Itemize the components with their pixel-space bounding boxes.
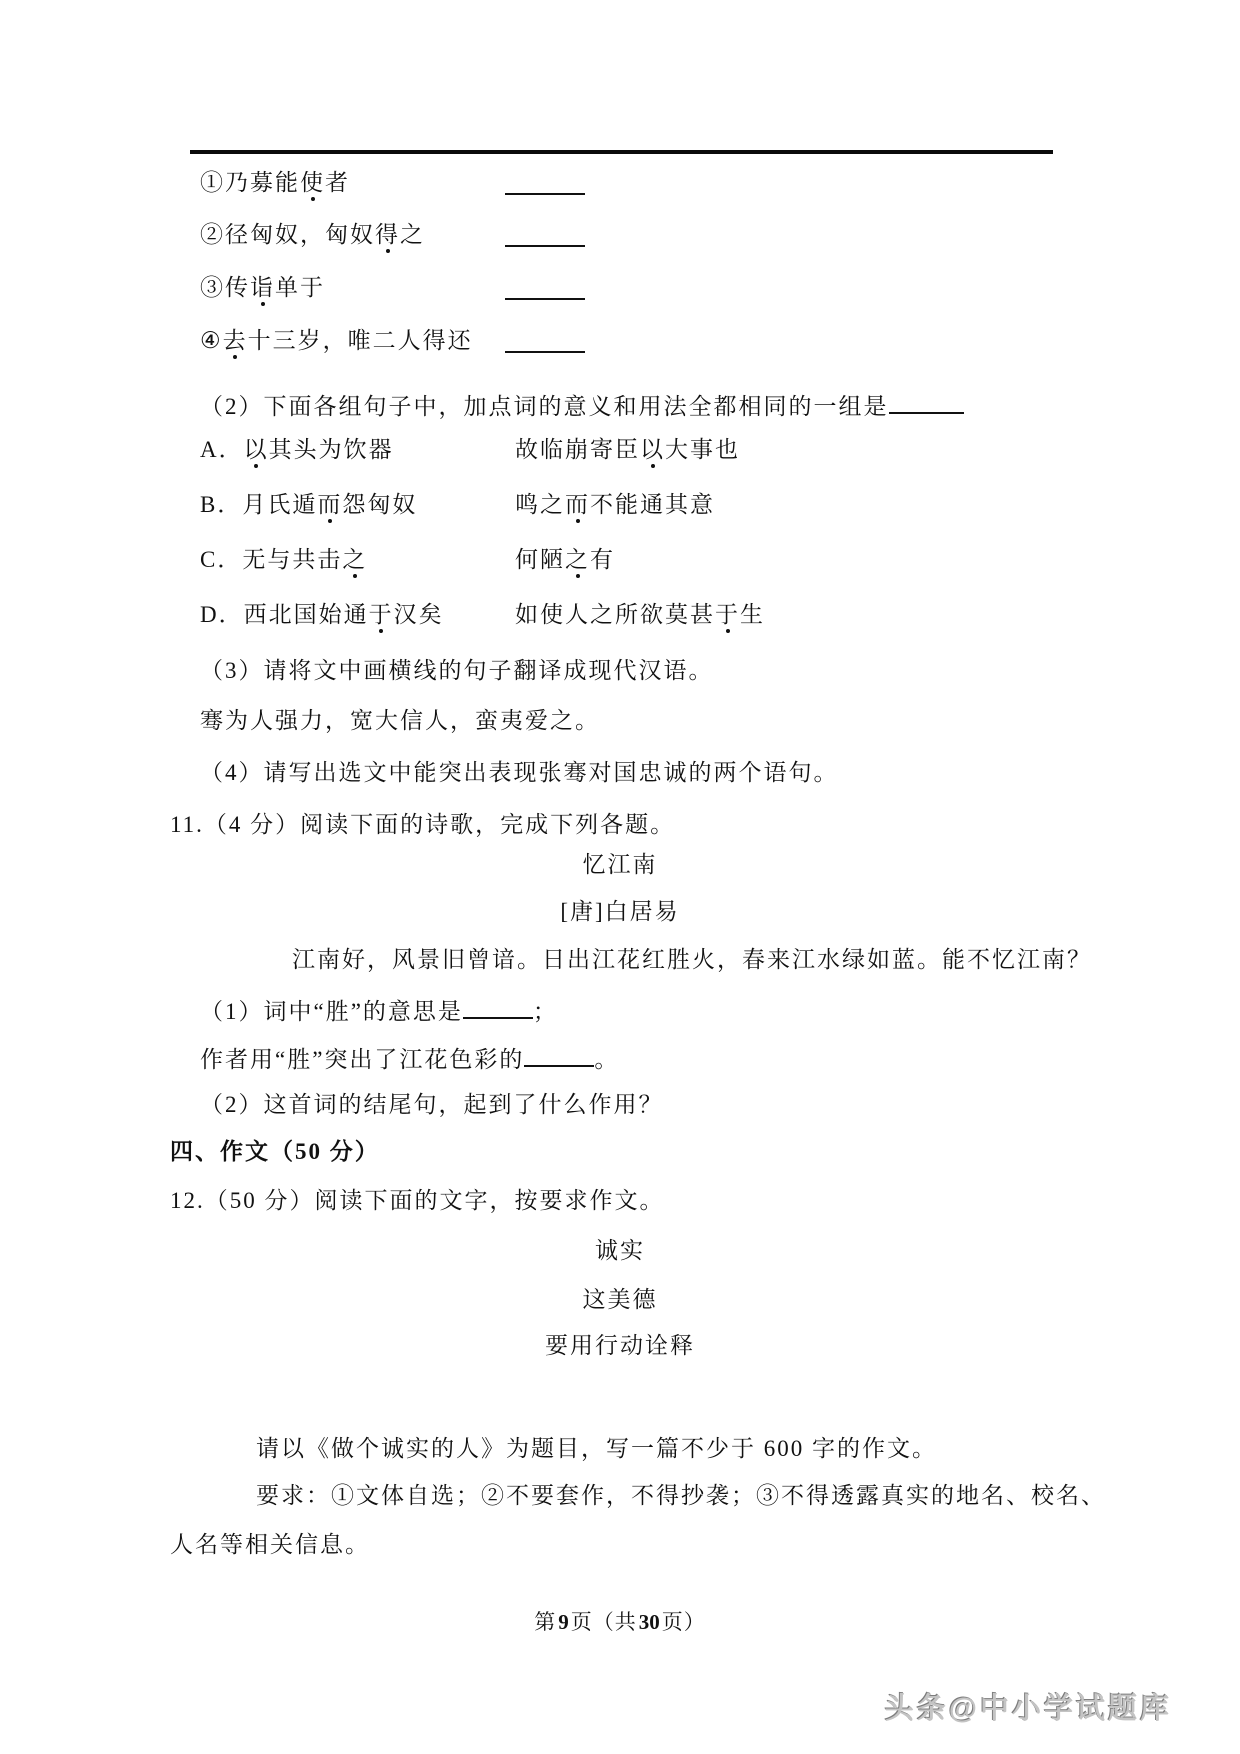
section-title: 四、作文（50 分） xyxy=(170,1139,380,1165)
q3-sentence: 骞为人强力，宽大信人，蛮夷爱之。 xyxy=(200,708,600,734)
q2-prompt: （2）下面各组句子中，加点词的意义和用法全都相同的一组是 xyxy=(200,391,964,420)
q11-sub1: （1）词中“胜”的意思是； xyxy=(200,996,558,1025)
fill-item-3-blank xyxy=(505,275,585,300)
option-c-row: C．无与共击之 何陋之有 xyxy=(200,547,367,573)
option-a-first: A．以其头为饮器 xyxy=(200,437,394,462)
fill-item-2: ②径匈奴，匈奴得之 xyxy=(200,222,425,248)
footer-total-pages: 30 xyxy=(637,1610,662,1634)
q11-sub1b-blank xyxy=(524,1044,594,1067)
q2-answer-blank xyxy=(889,391,964,414)
q12-para2: 要求：①文体自选；②不要套作，不得抄袭；③不得透露真实的地名、校名、 xyxy=(170,1483,1106,1509)
option-c-second: 何陋之有 xyxy=(515,547,615,573)
option-b-second: 鸣之而不能通其意 xyxy=(515,492,715,518)
fill-item-2-blank xyxy=(505,222,585,247)
fill-item-4: ④去十三岁，唯二人得还 xyxy=(200,328,473,354)
fill-item-4-blank xyxy=(505,328,585,353)
footer-pre: 第 xyxy=(534,1610,556,1634)
option-c-first: C．无与共击之 xyxy=(200,547,367,572)
q11-header: 11.（4 分）阅读下面的诗歌，完成下列各题。 xyxy=(170,812,675,838)
exam-page: ①乃募能使者 ②径匈奴，匈奴得之 ③传诣单于 ④去十三岁，唯二人得还 （2）下面… xyxy=(0,0,1240,1754)
page-footer: 第9页（共30页） xyxy=(0,1606,1240,1636)
q11-sub1-post: ； xyxy=(533,999,558,1024)
watermark: 头条@中小学试题库 xyxy=(885,1686,1172,1727)
divider-line xyxy=(190,150,1053,154)
q11-sub1b-pre: 作者用“胜”突出了江花色彩的 xyxy=(200,1047,524,1072)
option-a-second: 故临崩寄臣以大事也 xyxy=(515,437,740,463)
essay-prompt-line-2: 这美德 xyxy=(0,1287,1240,1313)
q12-para2-continuation: 人名等相关信息。 xyxy=(170,1532,370,1558)
option-d-first: D．西北国始通于汉矣 xyxy=(200,602,444,627)
fill-item-4-text: ④去十三岁，唯二人得还 xyxy=(200,328,473,353)
fill-item-1-text: ①乃募能使者 xyxy=(200,170,350,195)
q12-header: 12.（50 分）阅读下面的文字，按要求作文。 xyxy=(170,1188,665,1214)
footer-mid: 页（共 xyxy=(571,1610,637,1634)
fill-item-3: ③传诣单于 xyxy=(200,275,325,301)
q11-sub1b: 作者用“胜”突出了江花色彩的。 xyxy=(200,1044,619,1073)
option-d-row: D．西北国始通于汉矣 如使人之所欲莫甚于生 xyxy=(200,602,444,628)
fill-item-1: ①乃募能使者 xyxy=(200,170,350,196)
poem-author: [唐]白居易 xyxy=(0,899,1240,925)
poem-body: 江南好，风景旧曾谙。日出江花红胜火，春来江水绿如蓝。能不忆江南？ xyxy=(200,947,1092,973)
fill-item-1-blank xyxy=(505,170,585,195)
q11-sub1-blank xyxy=(463,996,533,1019)
footer-post: 页） xyxy=(662,1610,706,1634)
fill-item-3-text: ③传诣单于 xyxy=(200,275,325,300)
essay-prompt-line-3: 要用行动诠释 xyxy=(0,1333,1240,1359)
option-a-row: A．以其头为饮器 故临崩寄臣以大事也 xyxy=(200,437,394,463)
q2-prompt-text: （2）下面各组句子中，加点词的意义和用法全都相同的一组是 xyxy=(200,394,889,419)
option-b-first: B．月氏遁而怨匈奴 xyxy=(200,492,417,517)
option-d-second: 如使人之所欲莫甚于生 xyxy=(515,602,765,628)
q11-sub1-pre: （1）词中“胜”的意思是 xyxy=(200,999,463,1024)
q11-sub1b-post: 。 xyxy=(594,1047,619,1072)
q4-prompt: （4）请写出选文中能突出表现张骞对国忠诚的两个语句。 xyxy=(200,760,839,786)
option-b-row: B．月氏遁而怨匈奴 鸣之而不能通其意 xyxy=(200,492,417,518)
footer-page-number: 9 xyxy=(556,1610,571,1634)
fill-item-2-text: ②径匈奴，匈奴得之 xyxy=(200,222,425,247)
q11-sub2: （2）这首词的结尾句，起到了什么作用？ xyxy=(200,1092,664,1118)
q12-para1: 请以《做个诚实的人》为题目，写一篇不少于 600 字的作文。 xyxy=(170,1436,937,1462)
q3-prompt: （3）请将文中画横线的句子翻译成现代汉语。 xyxy=(200,658,714,684)
poem-title: 忆江南 xyxy=(0,852,1240,878)
essay-prompt-line-1: 诚实 xyxy=(0,1238,1240,1264)
